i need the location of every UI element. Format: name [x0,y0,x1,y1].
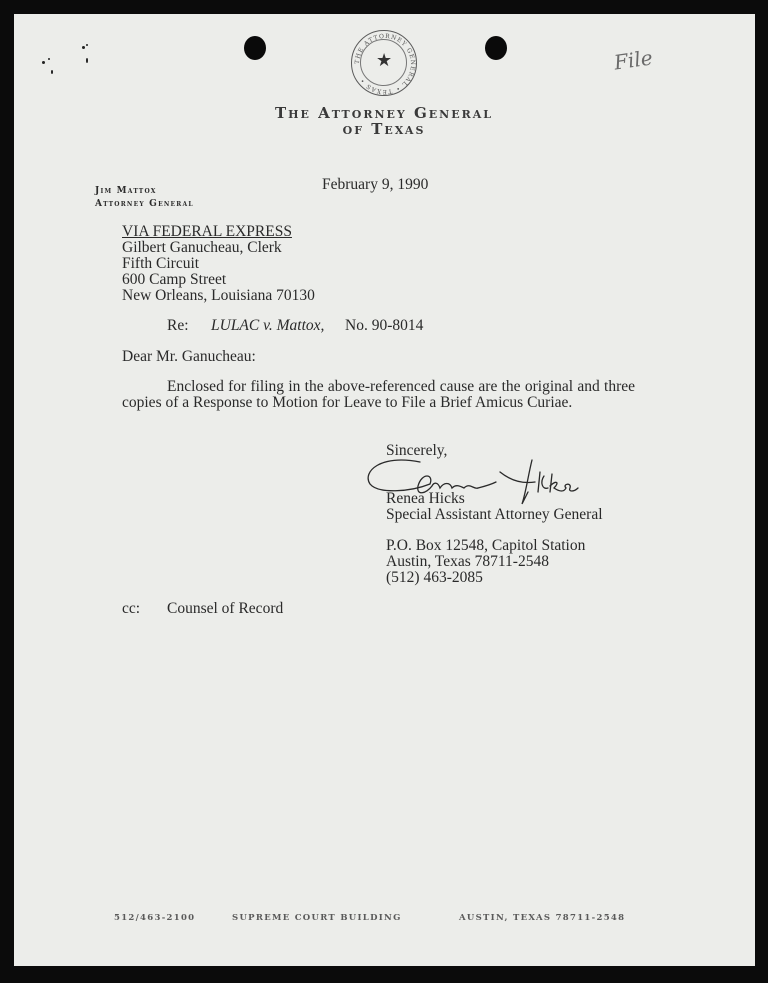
attorney-general-title: Attorney General [95,199,194,209]
attorney-general-name: Jim Mattox [95,186,157,196]
seal-ring-text-icon: THE ATTORNEY GENERAL • TEXAS • [352,31,418,97]
letterhead-subtitle: of Texas [0,120,768,138]
recipient-street: 600 Camp Street [122,272,226,288]
delivery-method: VIA FEDERAL EXPRESS [122,224,292,240]
footer-city: Austin, Texas 78711-2548 [459,913,625,923]
cc-value: Counsel of Record [167,601,283,617]
paper-speck [42,61,45,64]
letter-body: Enclosed for filing in the above-referen… [122,379,635,411]
reference-case-number: No. 90-8014 [345,318,423,334]
reference-case-name: LULAC v. Mattox, [211,318,324,334]
letter-date: February 9, 1990 [322,177,428,193]
signer-phone: (512) 463-2085 [386,570,483,586]
signer-name: Renea Hicks [386,491,465,507]
paper-speck [82,46,85,49]
reference-label: Re: [167,318,189,334]
footer-building: Supreme Court Building [232,913,402,923]
attorney-general-seal-icon: THE ATTORNEY GENERAL • TEXAS • ★ [351,30,417,96]
paper-speck [51,70,53,74]
recipient-name: Gilbert Ganucheau, Clerk [122,240,282,256]
svg-text:THE ATTORNEY GENERAL • TEXAS •: THE ATTORNEY GENERAL • TEXAS • [354,33,416,95]
salutation: Dear Mr. Ganucheau: [122,349,256,365]
paper-speck [86,44,88,46]
signer-title: Special Assistant Attorney General [386,507,603,523]
recipient-city: New Orleans, Louisiana 70130 [122,288,315,304]
cc-label: cc: [122,601,140,617]
punch-hole-right [485,36,507,60]
signer-address-line1: P.O. Box 12548, Capitol Station [386,538,585,554]
paper-speck [48,58,50,60]
recipient-court: Fifth Circuit [122,256,199,272]
punch-hole-left [244,36,266,60]
signer-address-line2: Austin, Texas 78711-2548 [386,554,549,570]
star-icon: ★ [376,51,392,69]
paper-speck [86,58,88,63]
footer-phone: 512/463-2100 [114,913,195,923]
